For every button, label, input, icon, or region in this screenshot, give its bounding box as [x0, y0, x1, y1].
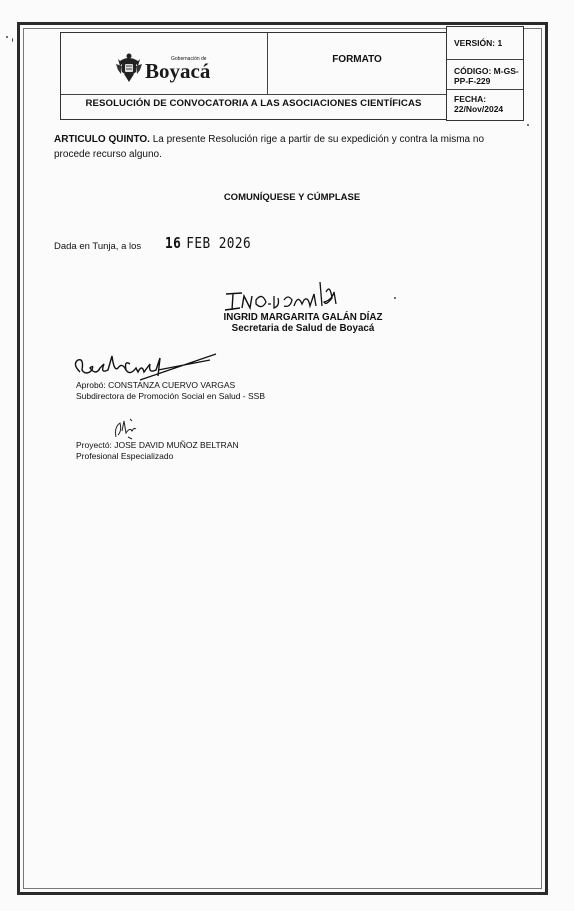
logo-big-text: Boyacá — [145, 62, 210, 80]
format-label: FORMATO — [268, 33, 446, 95]
code-line-1: CÓDIGO: M-GS- — [454, 66, 523, 76]
closing-phrase: COMUNÍQUESE Y CÚMPLASE — [0, 192, 574, 203]
prepared-signature-icon — [110, 417, 140, 441]
date-value: 22/Nov/2024 — [454, 104, 523, 114]
signer-role: Secretaria de Salud de Boyacá — [0, 323, 574, 334]
prepared-by-role: Profesional Especializado — [76, 451, 173, 461]
given-in-text: Dada en Tunja, a los — [54, 241, 141, 252]
main-signature-icon — [222, 278, 352, 314]
stamp-month-year: FEB 2026 — [186, 234, 251, 252]
logo-cell: Gobernación de Boyacá — [61, 33, 268, 95]
version-field: VERSIÓN: 1 — [447, 27, 523, 60]
approved-by-line: Aprobó: CONSTANZA CUERVO VARGAS — [76, 380, 235, 390]
boyaca-logo: Gobernación de Boyacá — [116, 52, 210, 84]
article-label: ARTICULO QUINTO. — [54, 134, 150, 145]
date-label: FECHA: — [454, 94, 523, 104]
code-field: CÓDIGO: M-GS- PP-F-229 — [447, 60, 523, 90]
prepared-by-line: Proyectó: JOSE DAVID MUÑOZ BELTRAN — [76, 440, 239, 450]
date-field: FECHA: 22/Nov/2024 — [447, 90, 523, 120]
code-line-2: PP-F-229 — [454, 76, 523, 86]
approved-by-role: Subdirectora de Promoción Social en Salu… — [76, 391, 265, 401]
document-header-table: Gobernación de Boyacá FORMATO RESOLUCIÓN… — [60, 32, 523, 120]
article-paragraph: ARTICULO QUINTO. La presente Resolución … — [54, 132, 514, 162]
scan-speck — [527, 124, 529, 126]
signer-name: INGRID MARGARITA GALÁN DÍAZ — [0, 312, 574, 323]
scan-speck — [12, 38, 13, 42]
date-stamp: 16FEB 2026 — [165, 234, 251, 252]
document-meta-column: VERSIÓN: 1 CÓDIGO: M-GS- PP-F-229 FECHA:… — [446, 26, 524, 121]
stamp-day: 16 — [165, 234, 181, 252]
scan-speck — [394, 297, 396, 299]
scan-speck — [6, 36, 8, 38]
document-title: RESOLUCIÓN DE CONVOCATORIA A LAS ASOCIAC… — [61, 95, 446, 121]
boyaca-coat-of-arms-icon — [116, 52, 142, 84]
